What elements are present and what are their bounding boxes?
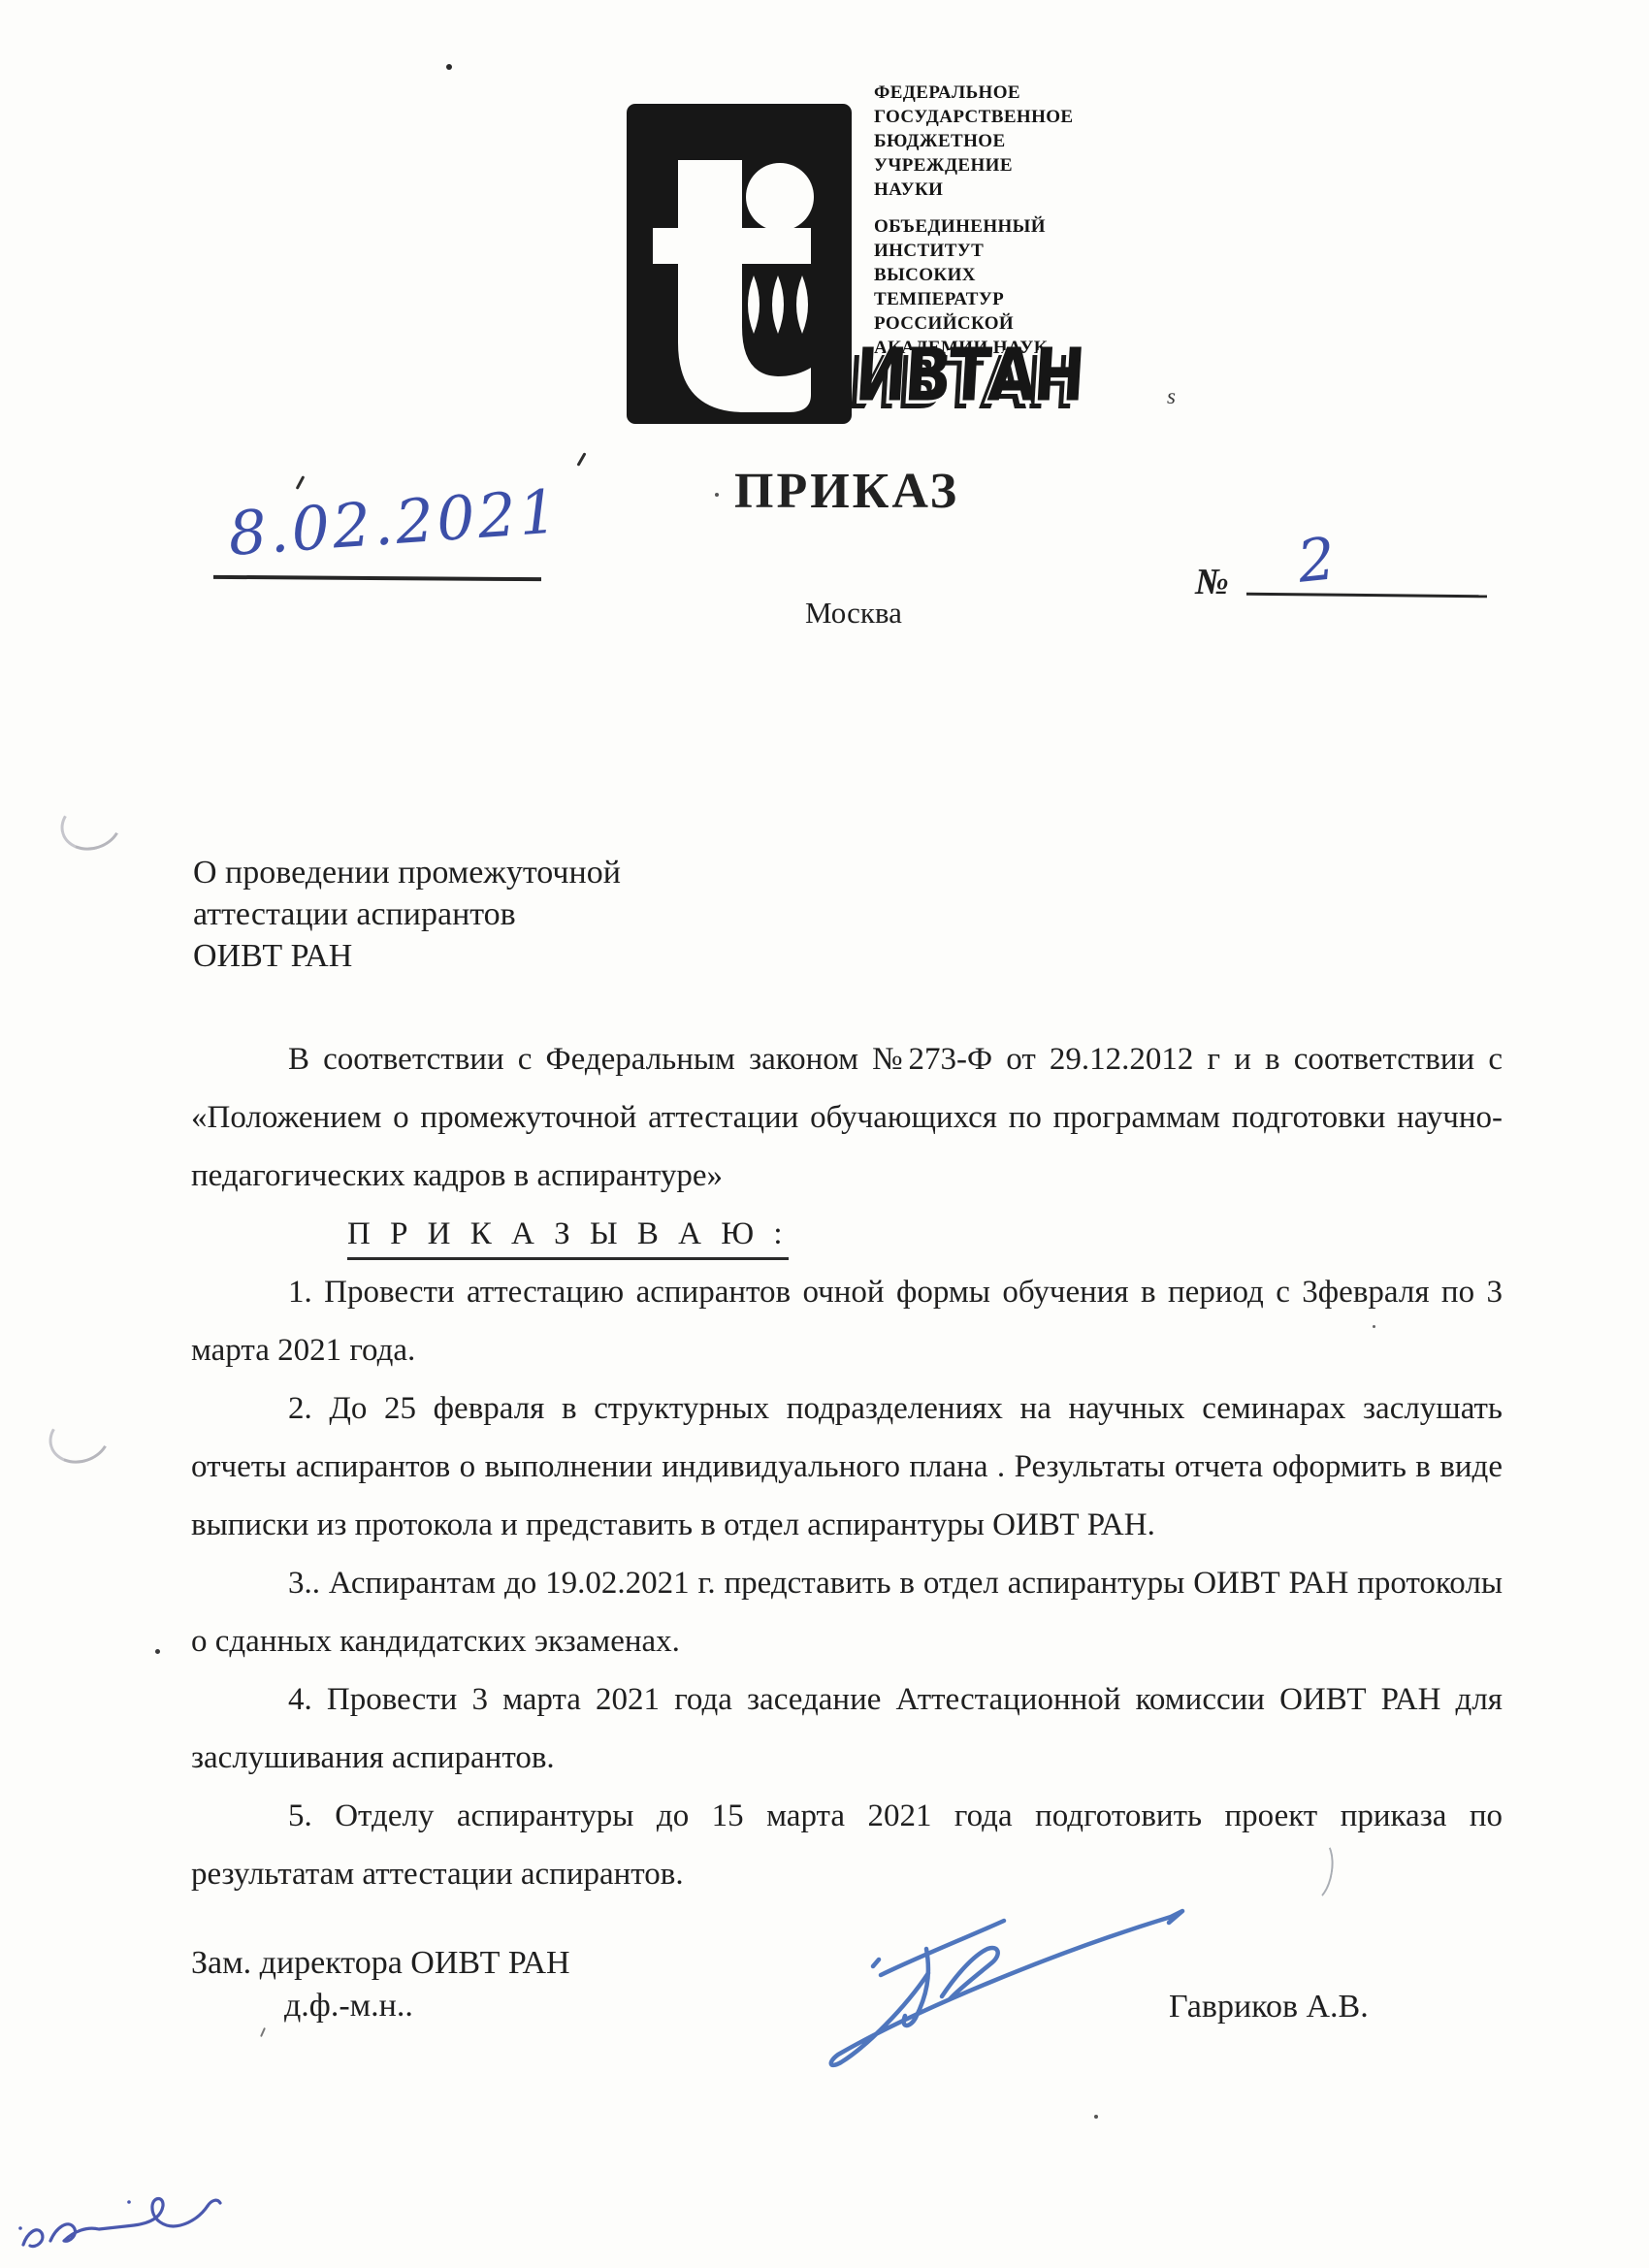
subject-line: О проведении промежуточной [193,852,621,893]
letterhead-org-type: ФЕДЕРАЛЬНОЕ ГОСУДАРСТВЕННОЕ БЮДЖЕТНОЕ УЧ… [874,81,1074,202]
order-title: ПРИКАЗ [734,463,959,520]
signature-position: Зам. директора ОИВТ РАН [191,1945,570,1982]
pen-tick-mark [260,2027,266,2037]
handwritten-date: 8.02.2021 [226,475,563,569]
scan-stray-glyph: s [1167,384,1176,409]
hole-punch-mark [54,791,129,858]
pen-tick-mark [576,452,586,466]
margin-note-scribble [16,2183,241,2266]
letterhead-line: ГОСУДАРСТВЕННОЕ [874,105,1074,129]
letterhead-line: НАУКИ [874,178,1074,202]
date-underline [213,575,541,581]
order-heading: П Р И К А З Ы В А Ю : [191,1205,1503,1263]
letterhead-line: ТЕМПЕРАТУР [874,287,1048,311]
order-item-3: 3.. Аспирантам до 19.02.2021 г. представ… [191,1554,1503,1670]
city-label: Москва [805,596,902,631]
number-label: № [1195,561,1229,603]
signature-autograph [820,1894,1227,2112]
order-subject: О проведении промежуточной аттестации ас… [193,852,621,977]
order-body: В соответствии с Федеральным законом №27… [191,1030,1503,1903]
letterhead-line: УЧРЕЖДЕНИЕ [874,153,1074,178]
letterhead-line: ФЕДЕРАЛЬНОЕ [874,81,1074,105]
order-item-1: 1. Провести аттестацию аспирантов очной … [191,1263,1503,1379]
letterhead-line: ВЫСОКИХ [874,263,1048,287]
letterhead-line: БЮДЖЕТНОЕ [874,129,1074,153]
scan-speck [1094,2115,1098,2119]
number-underline [1246,593,1487,599]
letterhead-line: ИНСТИТУТ [874,239,1048,263]
letterhead-line: ОБЪЕДИНЕННЫЙ [874,214,1048,239]
order-item-2: 2. До 25 февраля в структурных подраздел… [191,1379,1503,1554]
scanned-order-document: ФЕДЕРАЛЬНОЕ ГОСУДАРСТВЕННОЕ БЮДЖЕТНОЕ УЧ… [0,0,1649,2268]
subject-line: ОИВТ РАН [193,935,621,977]
jiht-logo-icon [627,104,852,424]
pen-tick-mark [296,475,306,490]
signature-degree: д.ф.-м.н.. [284,1988,413,2025]
scan-speck [155,1649,160,1654]
scan-speck [1373,1325,1375,1328]
letterhead-line: РОССИЙСКОЙ [874,311,1048,336]
intro-paragraph: В соответствии с Федеральным законом №27… [191,1030,1503,1205]
handwritten-number: 2 [1294,525,1338,597]
subject-line: аттестации аспирантов [193,893,621,935]
scan-speck [446,64,452,70]
ivtan-logotype: ИВТАН [854,340,1085,413]
scan-speck [715,493,719,497]
order-item-4: 4. Провести 3 марта 2021 года заседание … [191,1670,1503,1787]
hole-punch-mark [43,1404,117,1471]
